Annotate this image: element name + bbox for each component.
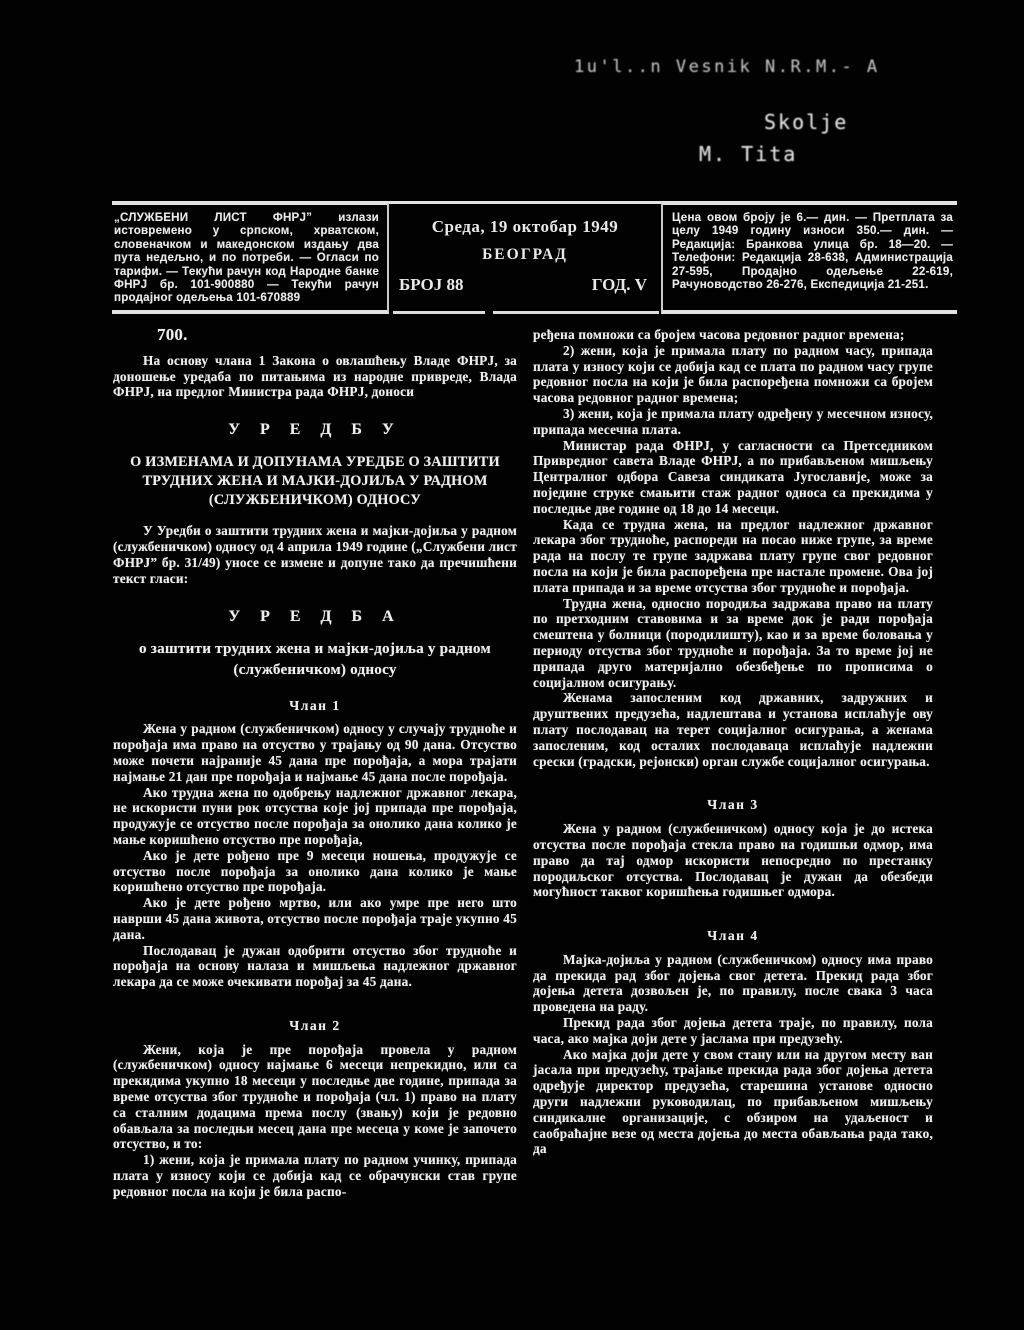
masthead-publication-info-box: „СЛУЖБЕНИ ЛИСТ ФНРЈ” излази истовремено … [112,201,389,314]
body-paragraph: Ако је дете рођено пре 9 месеци ношења, … [113,848,517,895]
decree-title-uredba: У Р Е Д Б А [113,609,517,625]
masthead-city: БЕОГРАД [389,246,661,264]
typewritten-annotation-line: 1u'l..n Vesnik N.R.M.- A [574,57,880,77]
masthead-issue-number: БРОЈ 88 [399,275,464,295]
body-paragraph: 2) жени, која је примала плату по радном… [533,343,933,406]
typewritten-annotation-m-tita: M. Tita [699,142,797,166]
body-paragraph: 1) жени, која је примала плату по радном… [113,1152,517,1199]
masthead: „СЛУЖБЕНИ ЛИСТ ФНРЈ” излази истовремено … [112,201,957,314]
body-paragraph: Ако трудна жена по одобрењу надлежног др… [113,785,517,848]
amendment-intro-paragraph: У Уредби о заштити трудних жена и мајки-… [113,523,517,586]
body-paragraph: Жени, која је пре порођаја провела у рад… [113,1042,517,1153]
scanned-gazette-page: { "page": { "background_color": "#020202… [0,0,1024,1330]
article-heading-clan-4: Члан 4 [533,928,933,944]
article-heading-clan-1: Члан 1 [113,698,517,714]
body-paragraph: Када се трудна жена, на предлог надлежно… [533,517,933,596]
article-heading-clan-3: Члан 3 [533,797,933,813]
body-paragraph: Министар рада ФНРЈ, у сагласности са Пре… [533,438,933,517]
decree-preamble: На основу члана 1 Закона о овлашћењу Вла… [113,353,517,400]
masthead-publication-info-text: „СЛУЖБЕНИ ЛИСТ ФНРЈ” излази истовремено … [114,211,379,304]
body-paragraph: Жена у радном (службеничком) односу у сл… [113,721,517,784]
masthead-date: Среда, 19 октобар 1949 [389,217,661,237]
decree-title-uredbu: У Р Е Д Б У [113,422,517,438]
article-heading-clan-2: Члан 2 [113,1018,517,1034]
body-paragraph: Жена у радном (службеничком) односу која… [533,821,933,900]
body-paragraph: Ако је дете рођено мртво, или ако умре п… [113,895,517,942]
body-paragraph: Ако мајка доји дете у свом стану или на … [533,1047,933,1158]
body-paragraph: Трудна жена, односно породиља задржава п… [533,596,933,691]
left-column: 700. На основу члана 1 Закона о овлашћењ… [113,327,517,1200]
body-paragraph: Прекид рада због дојења детета траје, по… [533,1015,933,1047]
body-paragraph-continuation: ређена помножи са бројем часова редовног… [533,327,933,343]
body-paragraph: Женама запосленим код државних, задружни… [533,690,933,769]
masthead-rule-segment [393,311,485,314]
article-number: 700. [157,327,517,343]
masthead-price-contact-text: Цена овом броју је 6.— дин. — Претплата … [672,211,953,291]
masthead-center-box: Среда, 19 октобар 1949 БЕОГРАД БРОЈ 88 Г… [389,201,661,314]
decree-subject-heading: О ИЗМЕНАМА И ДОПУНАМА УРЕДБЕ О ЗАШТИТИ Т… [113,453,517,509]
masthead-year: ГОД. V [592,275,647,295]
body-paragraph: 3) жени, која је примала плату одређену … [533,406,933,438]
typewritten-annotation-skolje: Skolje [764,110,848,134]
body-paragraph: Мајка-дојиља у радном (службеничком) одн… [533,952,933,1015]
right-column: ређена помножи са бројем часова редовног… [533,327,933,1157]
decree-subject-heading-2: о заштити трудних жена и мајки-дојиља у … [113,639,517,680]
masthead-rule-segment [541,311,659,314]
body-paragraph: Послодавац је дужан одобрити отсуство зб… [113,943,517,990]
masthead-price-contact-box: Цена овом броју је 6.— дин. — Претплата … [661,201,957,314]
